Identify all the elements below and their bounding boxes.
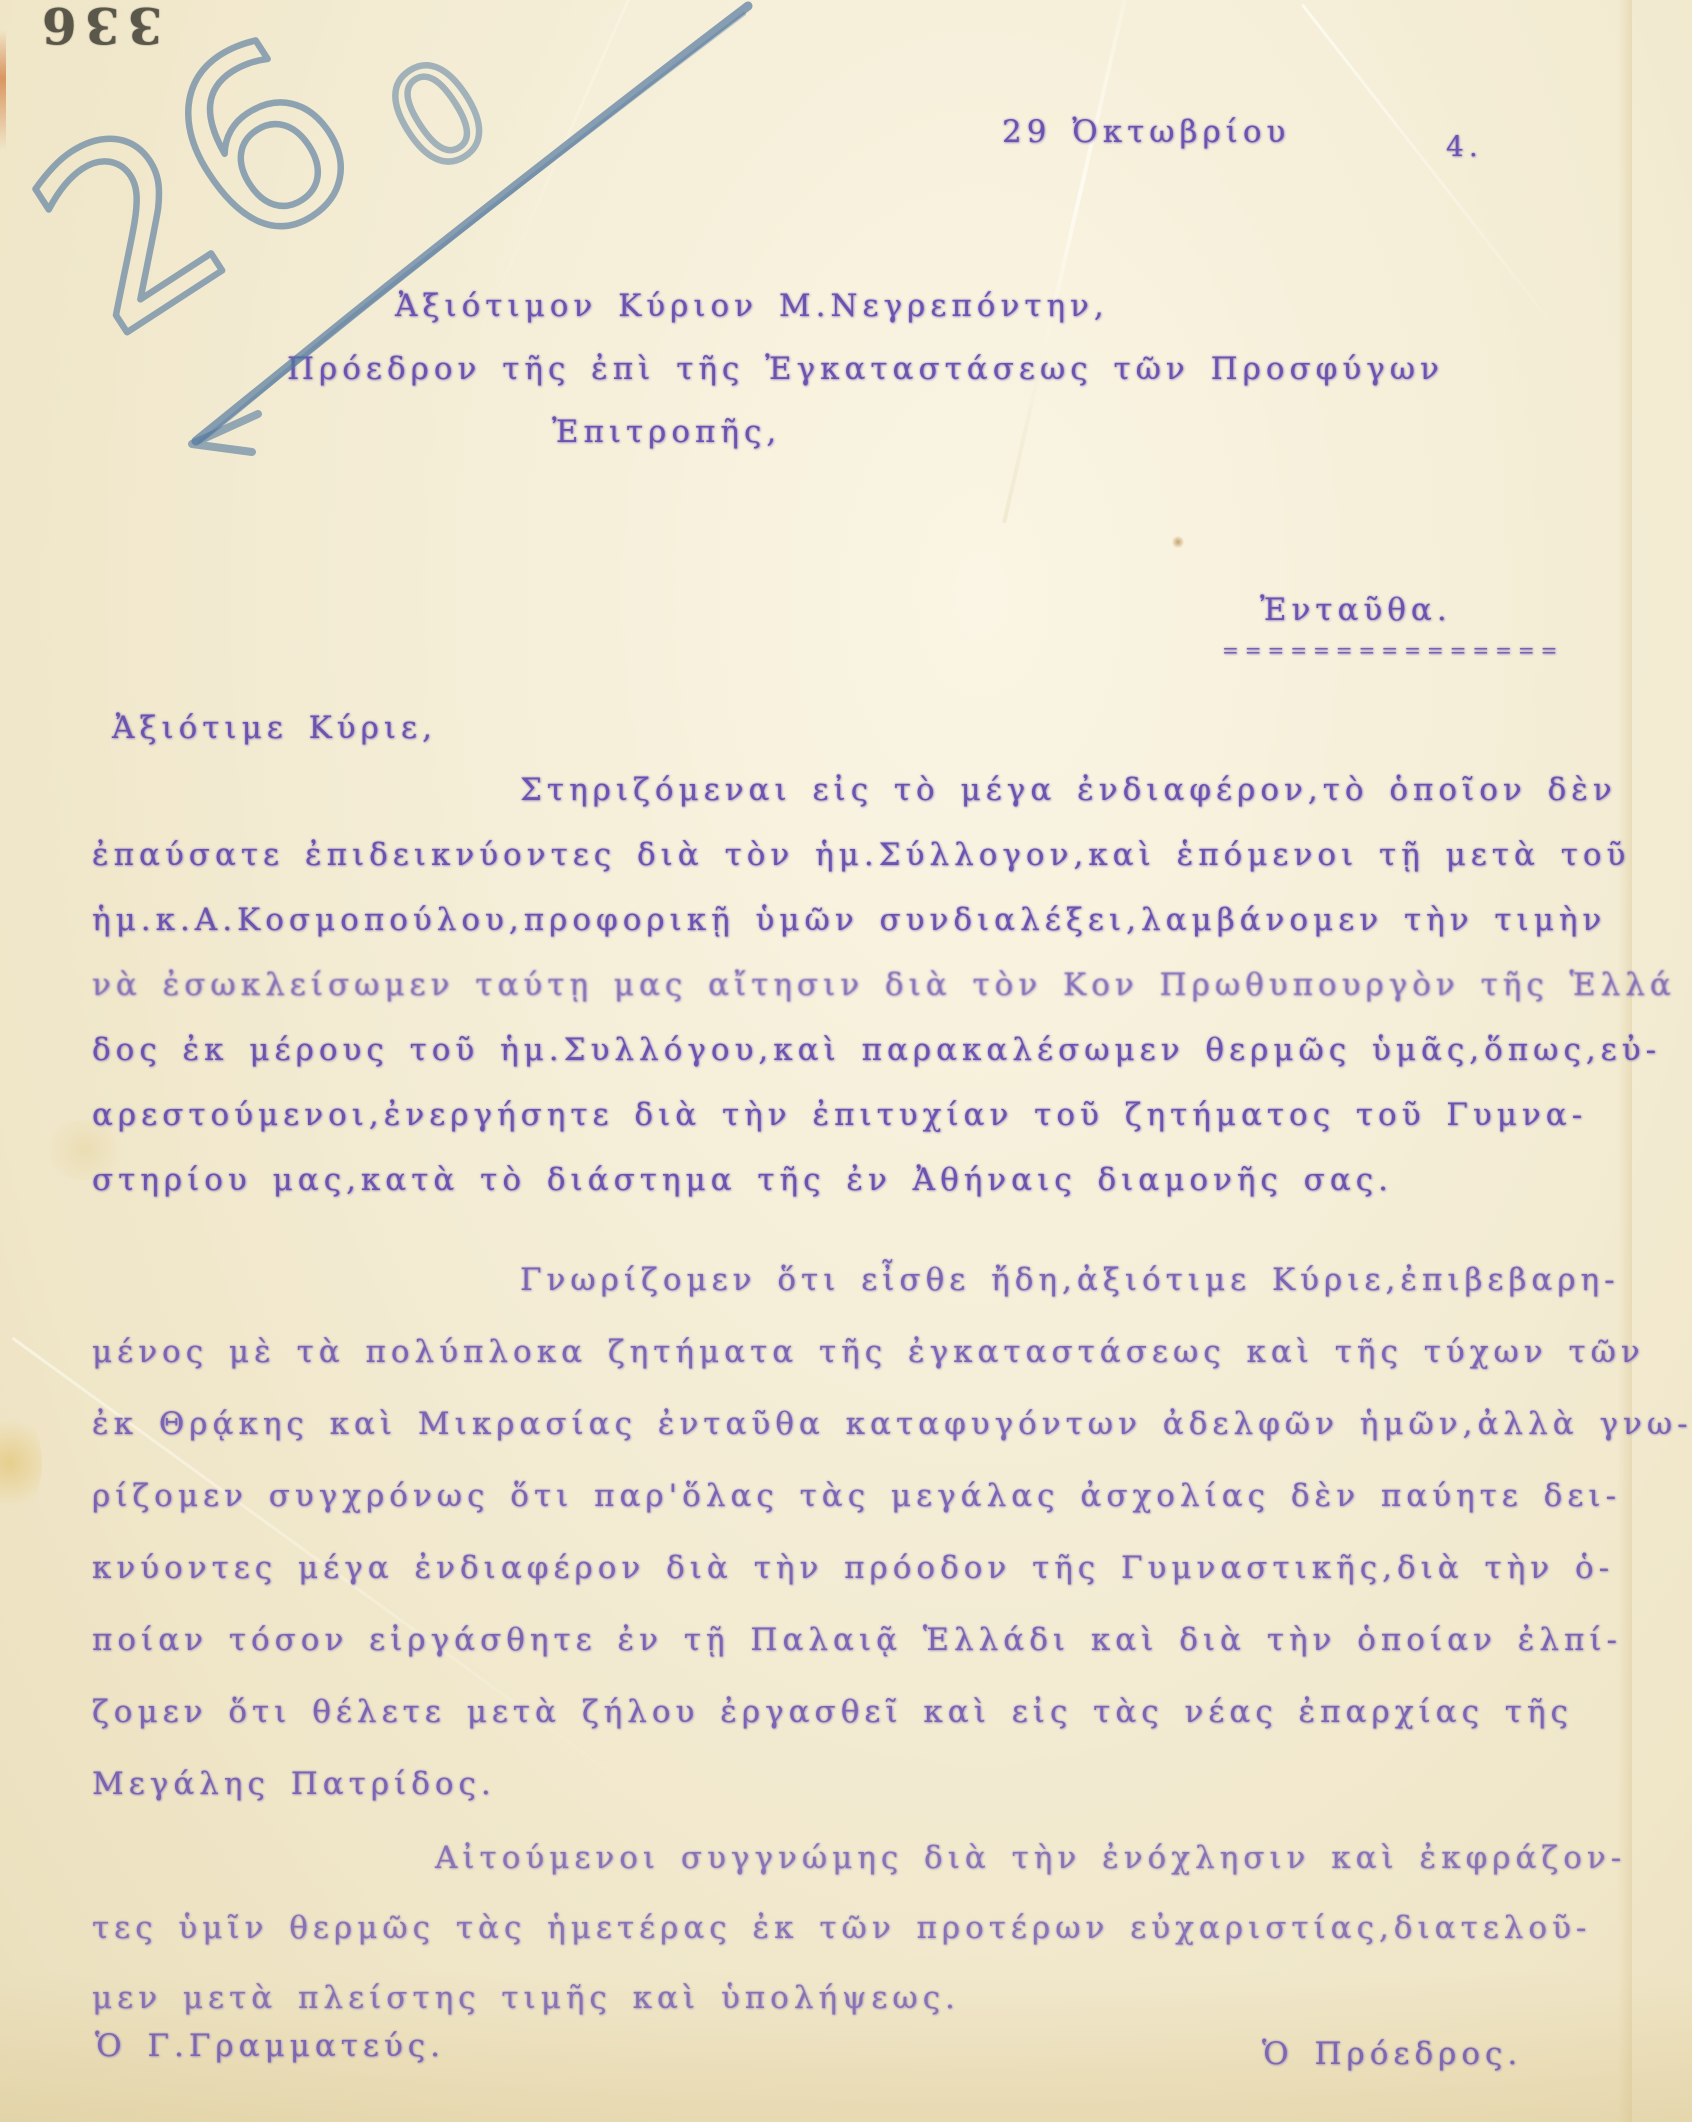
text-line: δος ἐκ μέρους τοῦ ἡμ.Συλλόγου,καὶ παρακα… — [92, 1032, 1676, 1097]
location-underline: =============== — [1222, 638, 1563, 662]
text-line: ποίαν τόσον εἰργάσθητε ἐν τῇ Παλαιᾷ Ἑλλά… — [92, 1622, 1692, 1694]
text-line: ἐκ Θρᾴκης καὶ Μικρασίας ἐνταῦθα καταφυγό… — [92, 1406, 1692, 1478]
paper-crease — [1301, 4, 1562, 337]
body-paragraph-2: Γνωρίζομεν ὅτι εἶσθε ἤδη,ἀξιότιμε Κύριε,… — [92, 1262, 1692, 1838]
text-line: Μεγάλης Πατρίδος. — [92, 1766, 1692, 1838]
text-line: Αἰτούμενοι συγγνώμης διὰ τὴν ἐνόχλησιν κ… — [92, 1840, 1626, 1910]
signature-secretary: Ὁ Γ.Γραμματεύς. — [95, 2028, 445, 2064]
text-line: νὰ ἐσωκλείσωμεν ταύτῃ μας αἴτησιν διὰ τὸ… — [92, 967, 1676, 1032]
recipient-location: Ἐνταῦθα. — [1260, 592, 1452, 628]
text-line: ρίζομεν συγχρόνως ὅτι παρ'ὅλας τὰς μεγάλ… — [92, 1478, 1692, 1550]
text-line: αρεστούμενοι,ἐνεργήσητε διὰ τὴν ἐπιτυχία… — [92, 1097, 1676, 1162]
signature-president: Ὁ Πρόεδρος. — [1262, 2036, 1522, 2072]
text-line: κνύοντες μέγα ἐνδιαφέρον διὰ τὴν πρόοδον… — [92, 1550, 1692, 1622]
text-line: ἐπαύσατε ἐπιδεικνύοντες διὰ τὸν ἡμ.Σύλλο… — [92, 837, 1676, 902]
text-line: τες ὑμῖν θερμῶς τὰς ἡμετέρας ἐκ τῶν προτ… — [92, 1910, 1626, 1980]
text-line: Γνωρίζομεν ὅτι εἶσθε ἤδη,ἀξιότιμε Κύριε,… — [92, 1262, 1692, 1334]
paper-crease — [1002, 0, 1132, 523]
paper-stain — [1172, 536, 1184, 548]
text-line: στηρίου μας,κατὰ τὸ διάστημα τῆς ἐν Ἀθήν… — [92, 1162, 1676, 1227]
pencil-number-26: 26 — [0, 0, 405, 391]
text-line: μένος μὲ τὰ πολύπλοκα ζητήματα τῆς ἐγκατ… — [92, 1334, 1692, 1406]
text-line: ἡμ.κ.Α.Κοσμοπούλου,προφορικῇ ὑμῶν συνδια… — [92, 902, 1676, 967]
body-paragraph-1: Στηριζόμεναι εἰς τὸ μέγα ἐνδιαφέρον,τὸ ὁ… — [92, 772, 1676, 1227]
text-line: ζομεν ὅτι θέλετε μετὰ ζήλου ἐργασθεῖ καὶ… — [92, 1694, 1692, 1766]
body-paragraph-3: Αἰτούμενοι συγγνώμης διὰ τὴν ἐνόχλησιν κ… — [92, 1840, 1626, 2050]
letter-date-number: 4. — [1446, 130, 1483, 163]
letter-date: 29 Ὀκτωβρίου — [1002, 114, 1290, 150]
scanned-letter-page: 336 29 Ὀκτωβρίου 4. Ἀξιότιμον Κύριον Μ.Ν… — [0, 0, 1692, 2122]
text-line: Στηριζόμεναι εἰς τὸ μέγα ἐνδιαφέρον,τὸ ὁ… — [92, 772, 1676, 837]
pencil-annotation: 26 0 — [0, 0, 840, 540]
pencil-number-0: 0 — [360, 26, 518, 204]
paper-stain — [0, 1408, 42, 1518]
salutation: Ἀξιότιμε Κύριε, — [112, 710, 437, 746]
